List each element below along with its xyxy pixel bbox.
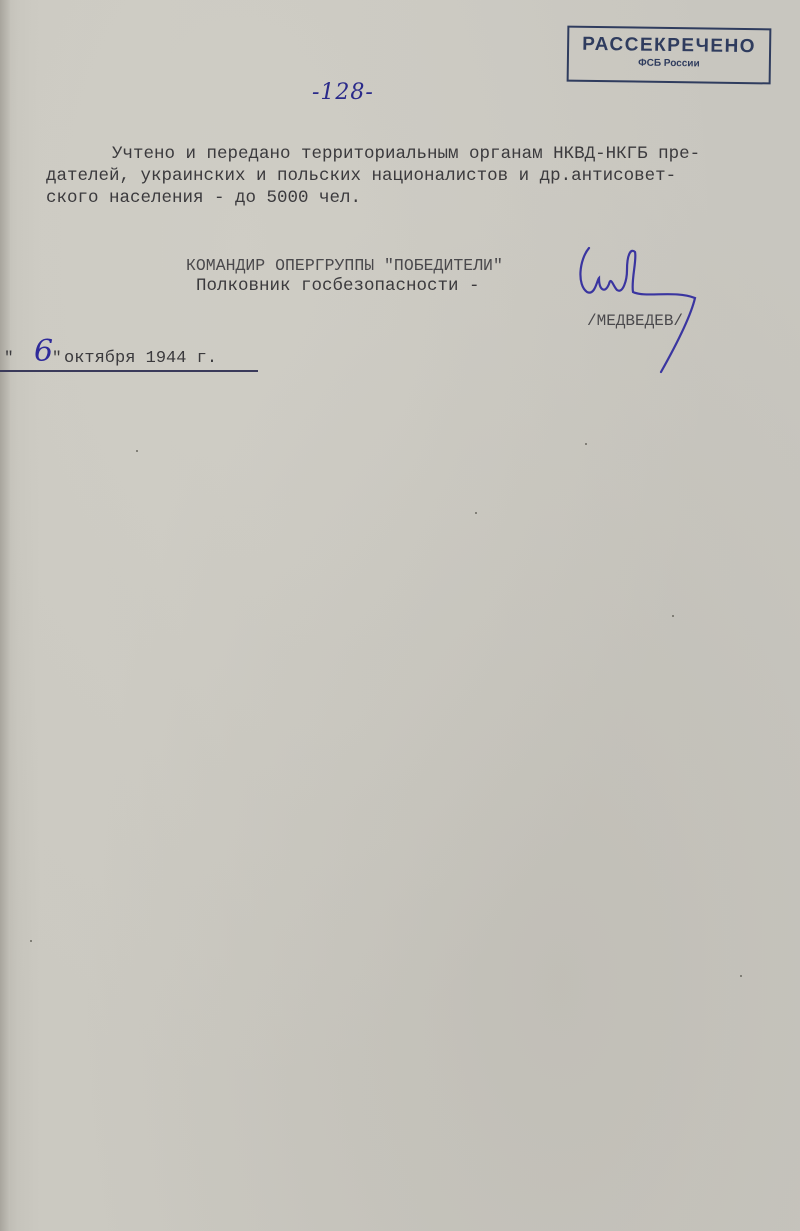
date-open-quote: "	[4, 349, 14, 367]
handwritten-signature-icon	[575, 240, 705, 380]
body-line: дателей, украинских и польских национали…	[46, 165, 676, 187]
paper-speck	[30, 940, 32, 942]
declassified-stamp: РАССЕКРЕЧЕНО ФСБ России	[567, 26, 772, 85]
page-left-edge	[0, 0, 10, 1231]
signatory-name: /МЕДВЕДЕВ/	[587, 312, 683, 330]
signatory-rank: Полковник госбезопасности -	[196, 276, 480, 296]
paper-speck	[475, 512, 477, 514]
document-date: " 6 " октября 1944 г.	[0, 346, 258, 372]
paper-speck	[136, 450, 138, 452]
stamp-title: РАССЕКРЕЧЕНО	[569, 34, 769, 59]
signatory-title: КОМАНДИР ОПЕРГРУППЫ "ПОБЕДИТЕЛИ"	[186, 256, 503, 275]
body-line: Учтено и передано территориальным органа…	[112, 143, 700, 165]
paper-speck	[585, 443, 587, 445]
date-close-quote: "	[52, 349, 62, 367]
date-day: 6	[34, 334, 53, 369]
paper-speck	[740, 975, 742, 977]
paper-speck	[672, 615, 674, 617]
stamp-subtitle: ФСБ России	[569, 56, 769, 73]
page-number: -128-	[312, 80, 374, 105]
date-month-year: октября 1944 г.	[64, 349, 217, 368]
body-line: ского населения - до 5000 чел.	[46, 187, 361, 209]
